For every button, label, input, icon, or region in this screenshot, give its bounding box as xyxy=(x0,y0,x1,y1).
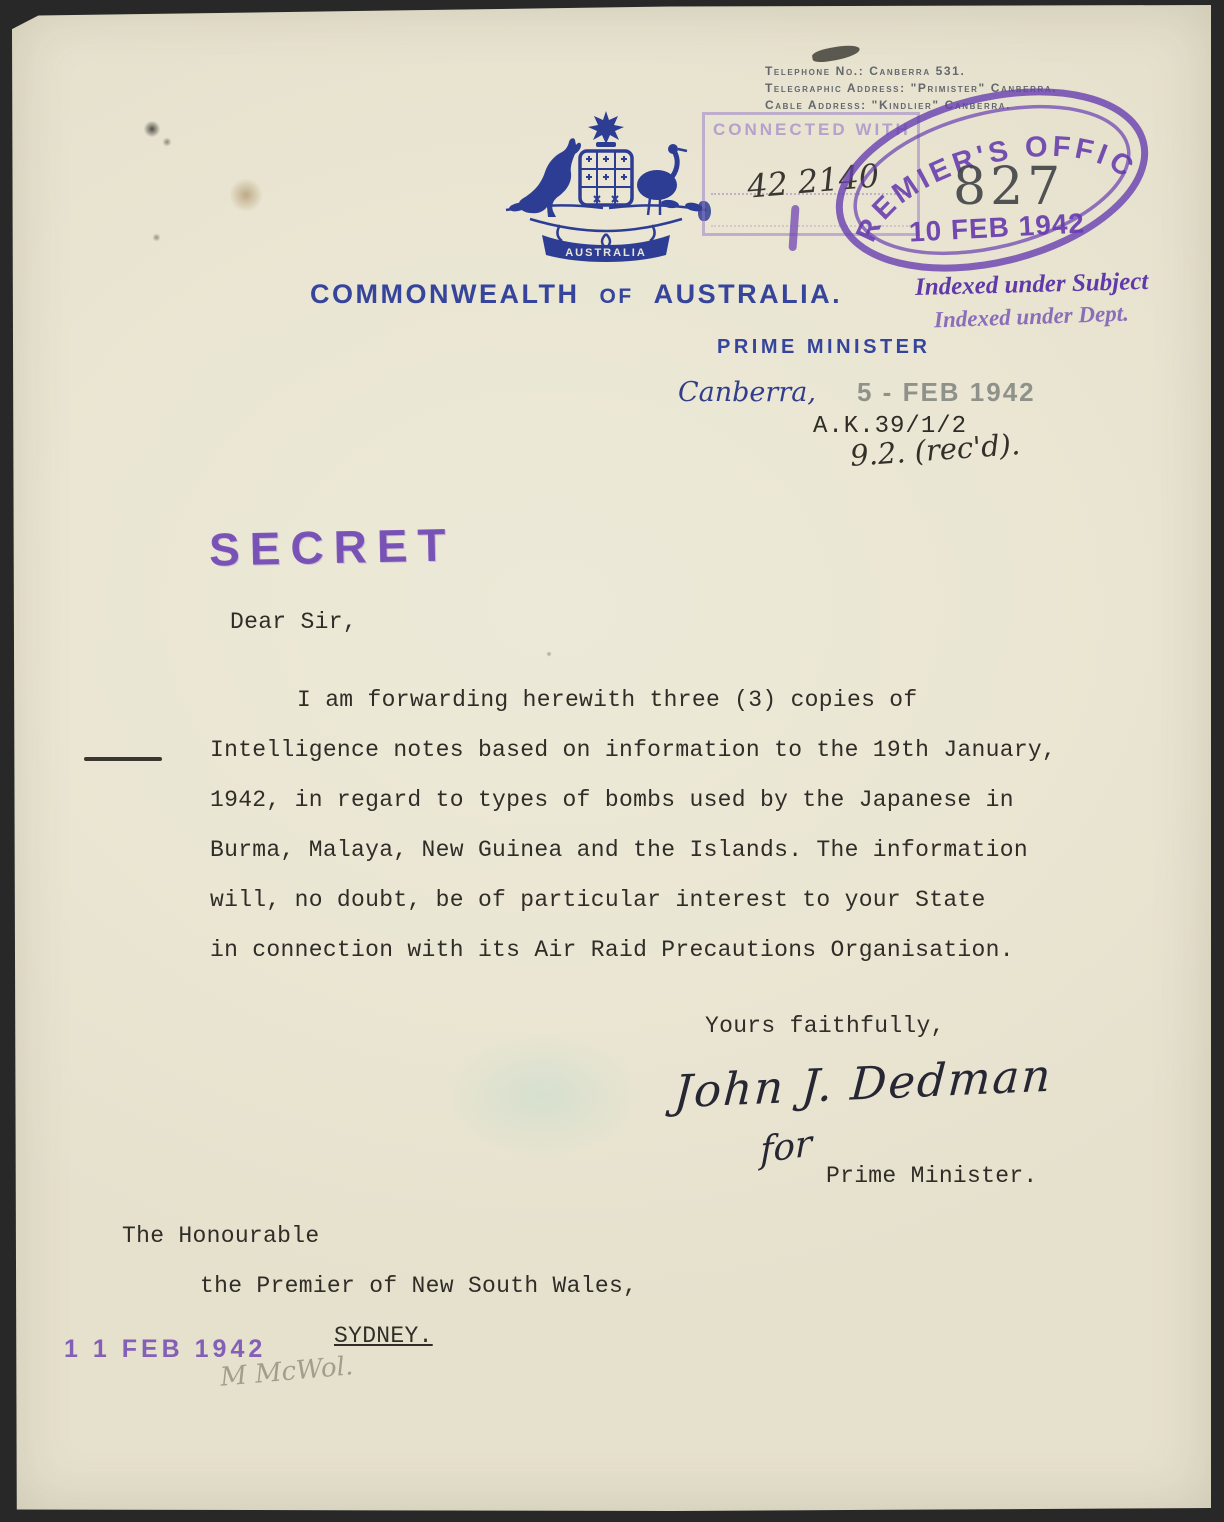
australia-word: AUSTRALIA. xyxy=(654,279,843,309)
indexed-under-subject-stamp: Indexed under Subject xyxy=(915,268,1149,302)
recipient-city: SYDNEY. xyxy=(334,1323,433,1349)
coat-of-arms-banner-text: AUSTRALIA xyxy=(565,247,647,259)
salutation: Dear Sir, xyxy=(230,609,357,635)
ink-speck xyxy=(144,119,160,139)
stamp-slash-mark xyxy=(788,205,799,251)
indexed-under-dept-stamp: Indexed under Dept. xyxy=(934,301,1130,334)
body-line: Intelligence notes based on information … xyxy=(210,737,1056,763)
ink-speck xyxy=(162,137,172,147)
commonwealth-word: COMMONWEALTH xyxy=(310,279,579,309)
body-line: I am forwarding herewith three (3) copie… xyxy=(297,687,918,713)
letter-document: AUSTRALIA Telephone No.: Canberra 531. T… xyxy=(12,5,1211,1511)
body-line: Burma, Malaya, New Guinea and the Island… xyxy=(210,837,1028,863)
secret-stamp: SECRET xyxy=(208,517,456,576)
telephone-line: Telephone No.: Canberra 531. xyxy=(765,63,1057,80)
closing-line: Yours faithfully, xyxy=(705,1013,945,1039)
body-line: will, no doubt, be of particular interes… xyxy=(210,887,986,913)
signed-for-mark: for xyxy=(760,1123,812,1172)
ink-smudge xyxy=(811,43,861,64)
margin-dash-mark xyxy=(84,757,162,761)
place-line: Canberra, xyxy=(678,377,816,408)
commonwealth-title: COMMONWEALTH OF AUSTRALIA. xyxy=(310,279,842,310)
paper-stain xyxy=(230,177,262,213)
body-line: in connection with its Air Raid Precauti… xyxy=(210,937,1014,963)
oval-stamp-number: 827 xyxy=(953,157,1064,217)
of-word: OF xyxy=(599,285,633,308)
ink-speck xyxy=(152,233,161,242)
received-date-stamp-bottom: 1 1 FEB 1942 xyxy=(64,1335,266,1364)
scan-background: { "letterhead": { "telephone": "Telephon… xyxy=(0,0,1224,1522)
signatory-title: Prime Minister. xyxy=(826,1163,1038,1189)
received-date-stamp: 5 - FEB 1942 xyxy=(857,377,1036,408)
signature-handwritten: John J. Dedman xyxy=(673,1049,1054,1119)
coat-of-arms: AUSTRALIA xyxy=(500,109,712,263)
body-line: 1942, in regard to types of bombs used b… xyxy=(210,787,1014,813)
prime-minister-title: PRIME MINISTER xyxy=(717,336,930,359)
recipient-title: the Premier of New South Wales, xyxy=(200,1273,637,1299)
ink-speck xyxy=(546,651,552,657)
recipient-honorific: The Honourable xyxy=(122,1223,319,1249)
